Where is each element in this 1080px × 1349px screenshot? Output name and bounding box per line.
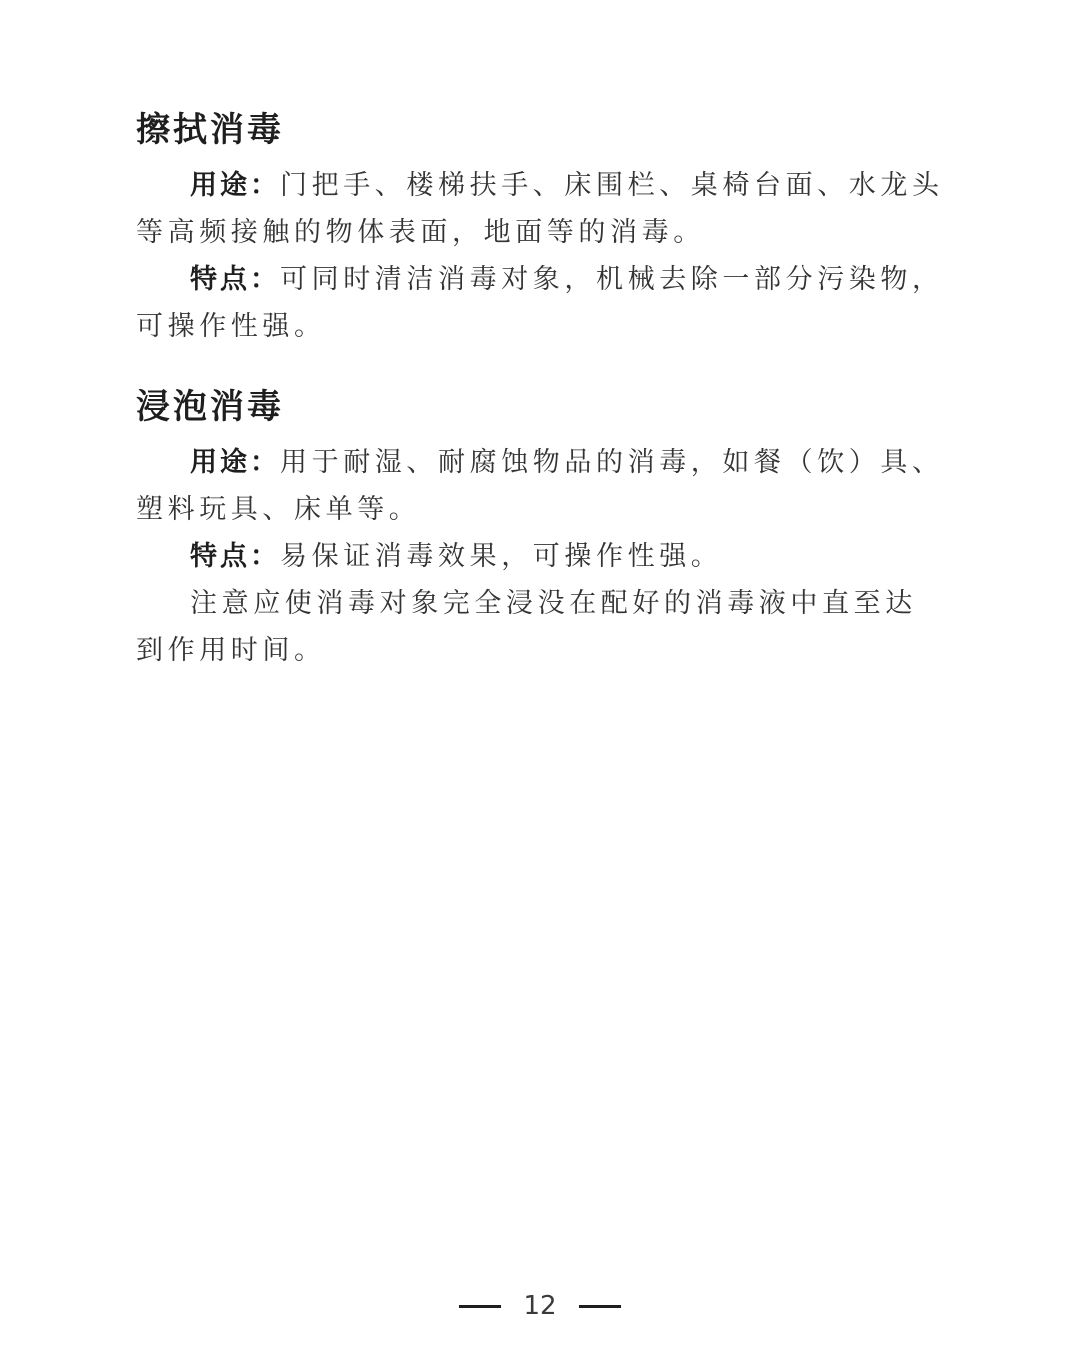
feature-label: 特点：	[190, 264, 280, 295]
page-footer: 12	[0, 1291, 1080, 1321]
left-dash-decoration	[459, 1305, 501, 1308]
right-dash-decoration	[579, 1305, 621, 1308]
feature-label: 特点：	[190, 541, 280, 572]
usage-paragraph: 用途：门把手、楼梯扶手、床围栏、桌椅台面、水龙头等高频接触的物体表面，地面等的消…	[136, 162, 946, 256]
feature-text: 易保证消毒效果，可操作性强。	[280, 541, 722, 572]
page-number: 12	[523, 1291, 556, 1321]
usage-label: 用途：	[190, 447, 280, 478]
feature-paragraph: 特点：易保证消毒效果，可操作性强。	[136, 533, 946, 580]
usage-paragraph: 用途：用于耐湿、耐腐蚀物品的消毒，如餐（饮）具、塑料玩具、床单等。	[136, 439, 946, 533]
section-title: 擦拭消毒	[136, 110, 946, 150]
section-soaking-disinfection: 浸泡消毒 用途：用于耐湿、耐腐蚀物品的消毒，如餐（饮）具、塑料玩具、床单等。 特…	[136, 387, 946, 674]
section-wiping-disinfection: 擦拭消毒 用途：门把手、楼梯扶手、床围栏、桌椅台面、水龙头等高频接触的物体表面，…	[136, 110, 946, 350]
feature-paragraph: 特点：可同时清洁消毒对象，机械去除一部分污染物，可操作性强。	[136, 256, 946, 350]
note-paragraph: 注意应使消毒对象完全浸没在配好的消毒液中直至达到作用时间。	[136, 580, 946, 674]
section-title: 浸泡消毒	[136, 387, 946, 427]
note-text: 注意应使消毒对象完全浸没在配好的消毒液中直至达到作用时间。	[136, 588, 917, 666]
usage-label: 用途：	[190, 170, 280, 201]
